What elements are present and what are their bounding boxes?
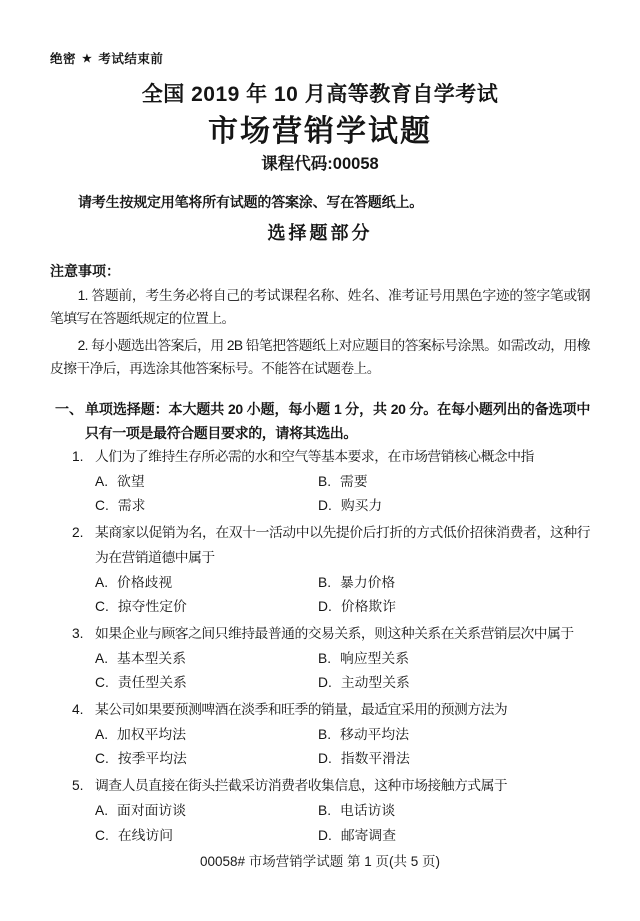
option-text: 按季平均法 — [118, 751, 187, 766]
part-one-heading: 一、 单项选择题：本大题共 20 小题，每小题 1 分，共 20 分。在每小题列… — [50, 397, 590, 445]
option-text: 价格歧视 — [117, 575, 172, 590]
option-label: C. — [95, 751, 109, 766]
question-stem: 如果企业与顾客之间只维持最普通的交易关系，则这种关系在关系营销层次中属于 — [95, 622, 590, 647]
pen-instruction: 请考生按规定用笔将所有试题的答案涂、写在答题纸上。 — [50, 193, 590, 211]
question-stem: 某商家以促销为名，在双十一活动中以先提价后打折的方式低价招徕消费者，这种行为在营… — [95, 521, 590, 570]
option-text: 主动型关系 — [341, 675, 410, 690]
question-body: 某公司如果要预测啤酒在淡季和旺季的销量，最适宜采用的预测方法为 A.加权平均法 … — [95, 698, 590, 772]
option-text: 暴力价格 — [340, 575, 395, 590]
option-item-c: C.掠夺性定价 — [95, 595, 318, 620]
option-label: B. — [318, 651, 331, 666]
option-item-a: A.价格歧视 — [95, 571, 318, 596]
option-label: C. — [95, 675, 109, 690]
question-block-4: 4. 某公司如果要预测啤酒在淡季和旺季的销量，最适宜采用的预测方法为 A.加权平… — [50, 698, 590, 772]
option-label: D. — [318, 828, 332, 843]
option-item-b: B.需要 — [318, 470, 590, 495]
option-label: C. — [95, 828, 109, 843]
question-body: 调查人员直接在街头拦截采访消费者收集信息，这种市场接触方式属于 A.面对面访谈 … — [95, 774, 590, 848]
option-text: 基本型关系 — [117, 651, 186, 666]
option-text: 需求 — [118, 498, 146, 513]
question-block-5: 5. 调查人员直接在街头拦截采访消费者收集信息，这种市场接触方式属于 A.面对面… — [50, 774, 590, 848]
option-item-d: D.价格欺诈 — [318, 595, 590, 620]
option-label: A. — [95, 474, 108, 489]
options-grid: A.加权平均法 B.移动平均法 C.按季平均法 D.指数平滑法 — [95, 723, 590, 772]
question-stem: 某公司如果要预测啤酒在淡季和旺季的销量，最适宜采用的预测方法为 — [95, 698, 590, 723]
option-item-c: C.在线访问 — [95, 824, 318, 849]
option-label: B. — [318, 803, 331, 818]
star-icon: ★ — [82, 53, 92, 65]
option-item-b: B.移动平均法 — [318, 723, 590, 748]
option-label: C. — [95, 498, 109, 513]
option-text: 电话访谈 — [340, 803, 395, 818]
options-grid: A.基本型关系 B.响应型关系 C.责任型关系 D.主动型关系 — [95, 647, 590, 696]
option-text: 移动平均法 — [340, 727, 409, 742]
classification-banner: 绝密★考试结束前 — [50, 52, 590, 68]
option-text: 掠夺性定价 — [118, 599, 187, 614]
option-item-b: B.暴力价格 — [318, 571, 590, 596]
option-label: C. — [95, 599, 109, 614]
option-text: 邮寄调查 — [341, 828, 396, 843]
notice-heading: 注意事项： — [50, 263, 590, 280]
option-label: A. — [95, 575, 108, 590]
option-item-c: C.需求 — [95, 494, 318, 519]
option-label: B. — [318, 575, 331, 590]
option-item-d: D.指数平滑法 — [318, 747, 590, 772]
question-stem: 人们为了维持生存所必需的水和空气等基本要求，在市场营销核心概念中指 — [95, 445, 590, 470]
part-one-text: 单项选择题：本大题共 20 小题，每小题 1 分，共 20 分。在每小题列出的备… — [85, 397, 590, 445]
option-text: 加权平均法 — [117, 727, 186, 742]
option-label: D. — [318, 675, 332, 690]
option-item-c: C.按季平均法 — [95, 747, 318, 772]
notice-item-2: 2. 每小题选出答案后，用 2B 铅笔把答题纸上对应题目的答案标号涂黑。如需改动… — [50, 334, 590, 380]
option-item-b: B.电话访谈 — [318, 799, 590, 824]
question-body: 如果企业与顾客之间只维持最普通的交易关系，则这种关系在关系营销层次中属于 A.基… — [95, 622, 590, 696]
options-grid: A.欲望 B.需要 C.需求 D.购买力 — [95, 470, 590, 519]
option-item-d: D.购买力 — [318, 494, 590, 519]
option-label: D. — [318, 599, 332, 614]
option-item-b: B.响应型关系 — [318, 647, 590, 672]
option-text: 在线访问 — [118, 828, 173, 843]
option-text: 责任型关系 — [118, 675, 187, 690]
section-title: 选择题部分 — [50, 221, 590, 245]
question-body: 人们为了维持生存所必需的水和空气等基本要求，在市场营销核心概念中指 A.欲望 B… — [95, 445, 590, 519]
option-label: A. — [95, 727, 108, 742]
option-item-d: D.邮寄调查 — [318, 824, 590, 849]
question-number: 3. — [72, 622, 95, 696]
question-block-1: 1. 人们为了维持生存所必需的水和空气等基本要求，在市场营销核心概念中指 A.欲… — [50, 445, 590, 519]
page-footer: 00058# 市场营销学试题 第 1 页(共 5 页) — [0, 853, 640, 870]
option-label: B. — [318, 727, 331, 742]
exam-timing-label: 考试结束前 — [98, 52, 163, 66]
option-text: 面对面访谈 — [117, 803, 186, 818]
option-item-d: D.主动型关系 — [318, 671, 590, 696]
classification-label: 绝密 — [50, 52, 76, 66]
paper-title: 市场营销学试题 — [50, 115, 590, 149]
option-item-a: A.基本型关系 — [95, 647, 318, 672]
option-text: 响应型关系 — [340, 651, 409, 666]
question-number: 4. — [72, 698, 95, 772]
option-label: D. — [318, 498, 332, 513]
options-grid: A.面对面访谈 B.电话访谈 C.在线访问 D.邮寄调查 — [95, 799, 590, 848]
option-item-a: A.面对面访谈 — [95, 799, 318, 824]
notice-item-1: 1. 答题前，考生务必将自己的考试课程名称、姓名、准考证号用黑色字迹的签字笔或钢… — [50, 284, 590, 330]
option-item-c: C.责任型关系 — [95, 671, 318, 696]
question-stem: 调查人员直接在街头拦截采访消费者收集信息，这种市场接触方式属于 — [95, 774, 590, 799]
option-label: D. — [318, 751, 332, 766]
question-number: 5. — [72, 774, 95, 848]
question-block-3: 3. 如果企业与顾客之间只维持最普通的交易关系，则这种关系在关系营销层次中属于 … — [50, 622, 590, 696]
option-label: B. — [318, 474, 331, 489]
option-text: 欲望 — [117, 474, 145, 489]
question-number: 2. — [72, 521, 95, 620]
option-label: A. — [95, 651, 108, 666]
option-text: 价格欺诈 — [341, 599, 396, 614]
option-text: 购买力 — [341, 498, 382, 513]
part-one-marker: 一、 — [55, 397, 85, 445]
course-code: 课程代码:00058 — [50, 154, 590, 174]
question-number: 1. — [72, 445, 95, 519]
option-item-a: A.欲望 — [95, 470, 318, 495]
options-grid: A.价格歧视 B.暴力价格 C.掠夺性定价 D.价格欺诈 — [95, 571, 590, 620]
option-text: 需要 — [340, 474, 368, 489]
option-item-a: A.加权平均法 — [95, 723, 318, 748]
exam-session-title: 全国 2019 年 10 月高等教育自学考试 — [50, 83, 590, 107]
question-block-2: 2. 某商家以促销为名，在双十一活动中以先提价后打折的方式低价招徕消费者，这种行… — [50, 521, 590, 620]
option-label: A. — [95, 803, 108, 818]
option-text: 指数平滑法 — [341, 751, 410, 766]
question-body: 某商家以促销为名，在双十一活动中以先提价后打折的方式低价招徕消费者，这种行为在营… — [95, 521, 590, 620]
exam-paper-page: 绝密★考试结束前 全国 2019 年 10 月高等教育自学考试 市场营销学试题 … — [0, 0, 640, 921]
